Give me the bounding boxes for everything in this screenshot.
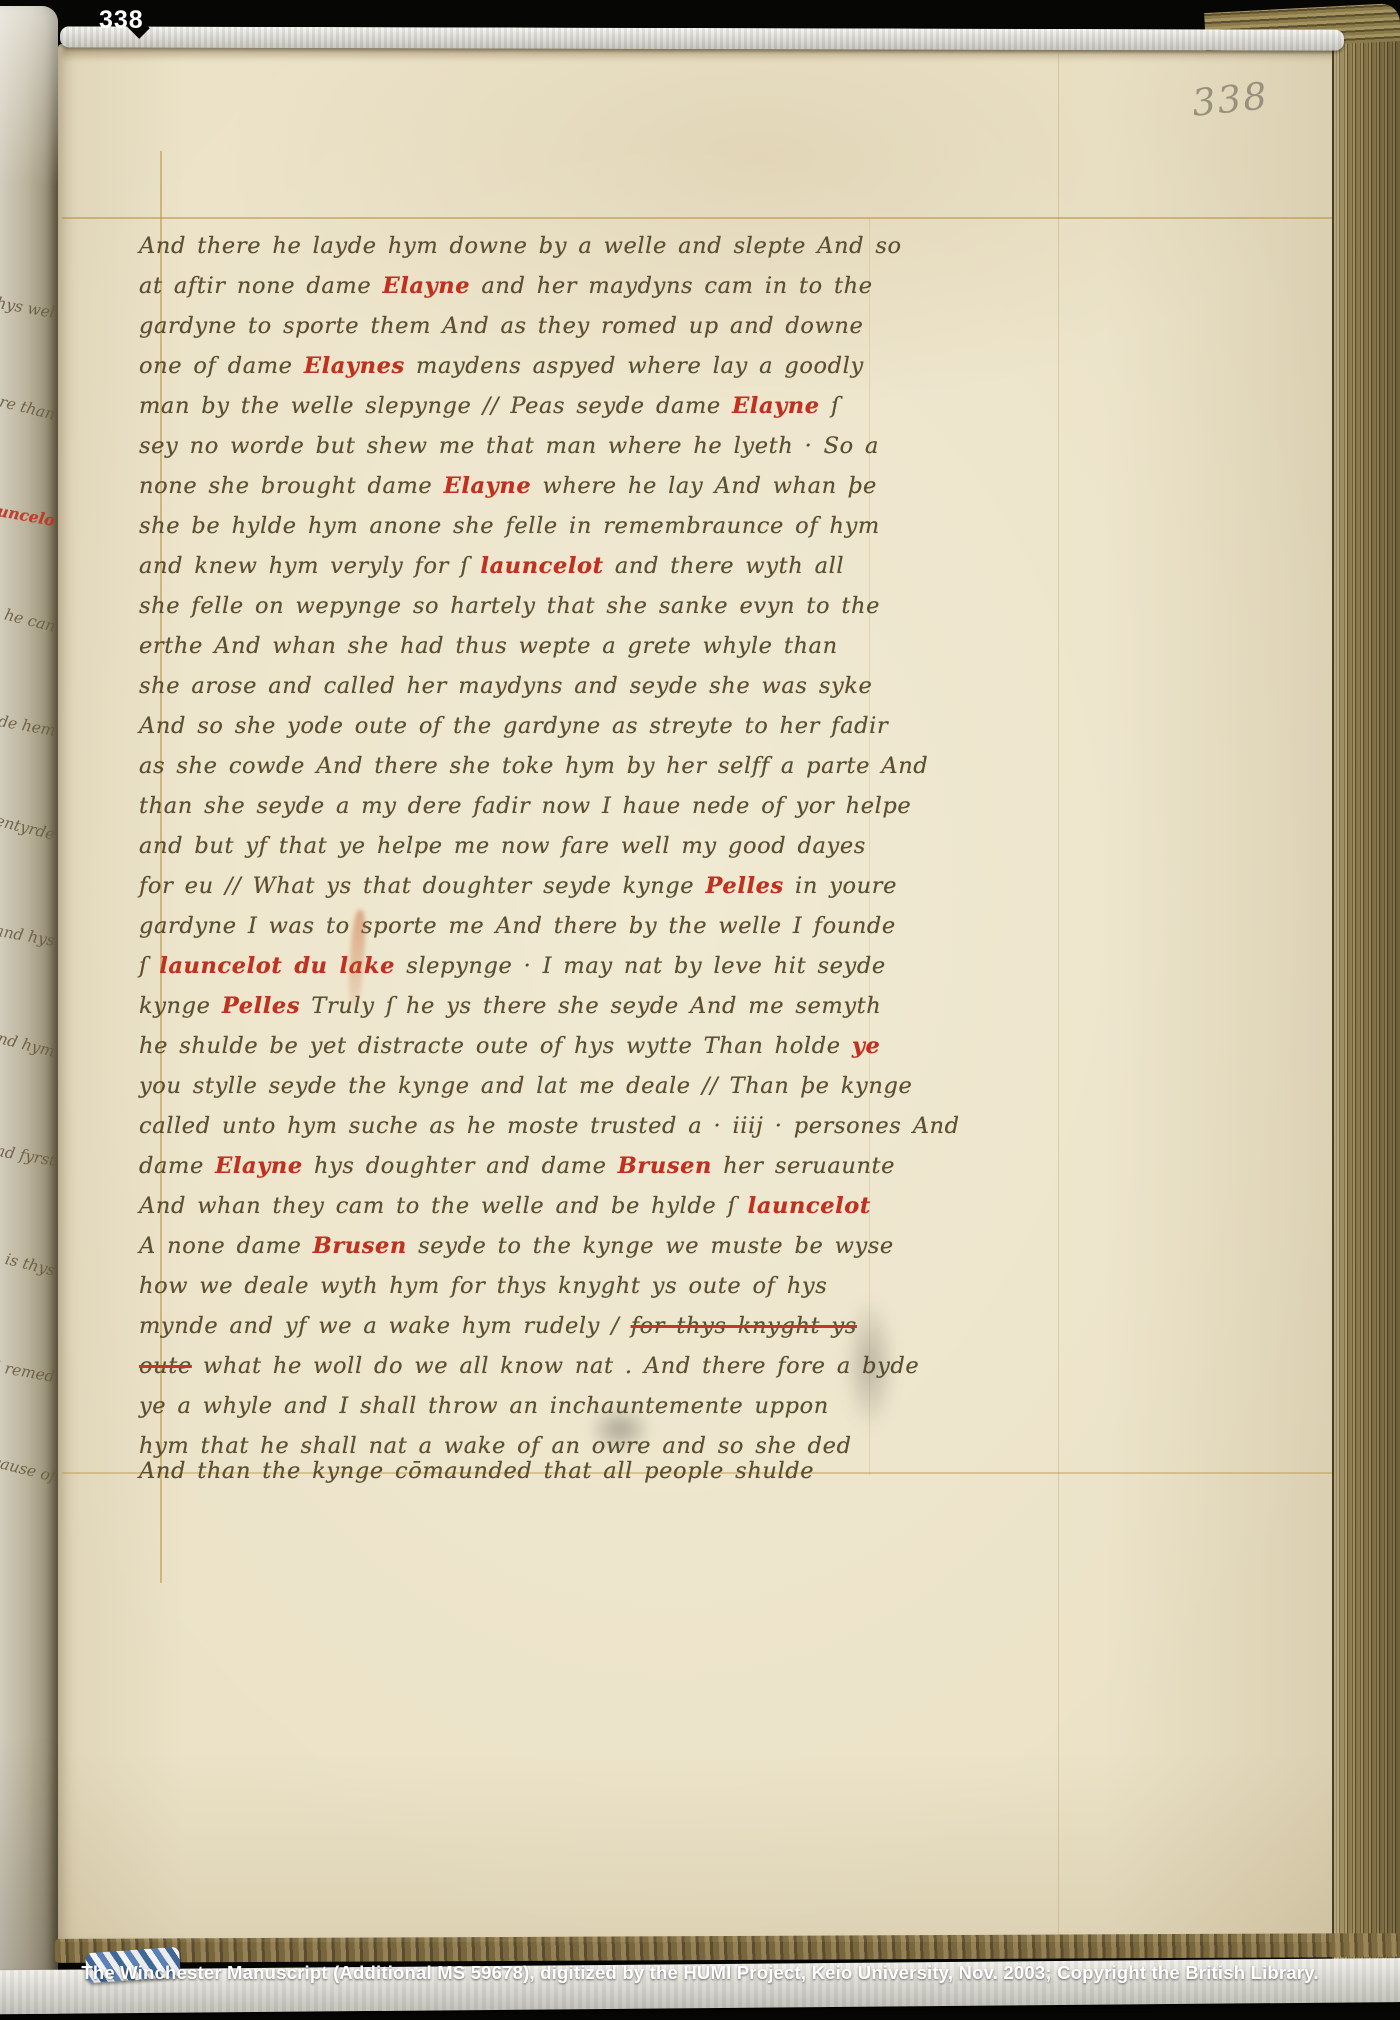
fore-edge-stack: [1332, 22, 1400, 1966]
manuscript-line: for eu // What ys that doughter seyde ky…: [139, 866, 887, 906]
caption-text: The Winchester Manuscript (Additional MS…: [0, 1962, 1400, 1984]
gutter-previous-page: othe of hys welged more thana day ſ laun…: [0, 6, 58, 2014]
manuscript-line: she be hylde hym anone she felle in reme…: [139, 506, 887, 546]
binding-tape-top: [60, 26, 1344, 50]
manuscript-line: one of dame Elaynes maydens aspyed where…: [139, 346, 887, 386]
manuscript-line: and knew hym veryly for ſ launcelot and …: [139, 546, 887, 586]
gutter-text-fragment: the coffer and hys: [0, 908, 57, 950]
gutter-text-fragment: a day ſ launcelo: [0, 488, 57, 530]
gutter-text-fragment: buenne he can: [0, 590, 57, 635]
manuscript-line: called unto hym suche as he moste truste…: [139, 1106, 887, 1146]
gutter-text-fragment: launcelot and hym: [0, 1005, 57, 1061]
manuscript-line: mynde and yf we a wake hym rudely / for …: [139, 1306, 887, 1346]
ink-smudge: [588, 1406, 652, 1452]
manuscript-line: she felle on wepynge so hartely that she…: [139, 586, 887, 626]
manuscript-line: ye a whyle and I shall throw an inchaunt…: [139, 1386, 887, 1426]
manuscript-line: none she brought dame Elayne where he la…: [139, 466, 887, 506]
manuscript-line: And so she yode oute of the gardyne as s…: [139, 706, 887, 746]
ruled-line-top: [62, 217, 1336, 219]
manuscript-line: ſ launcelot du lake slepynge · I may nat…: [139, 946, 887, 986]
manuscript-line: erthe And whan she had thus wepte a gret…: [139, 626, 887, 666]
gutter-text-fragment: othe of hys wel: [0, 284, 57, 322]
manuscript-line: at aftir none dame Elayne and her maydyn…: [139, 266, 887, 306]
gutter-text-fragment: was spede hem: [0, 701, 57, 740]
manuscript-text-block: And there he layde hym downe by a welle …: [139, 226, 887, 1491]
bottom-page-edges: [55, 1933, 1398, 1963]
manuscript-line: oute what he woll do we all know nat . A…: [139, 1346, 887, 1386]
manuscript-line: you stylle seyde the kynge and lat me de…: [139, 1066, 887, 1106]
scanned-book-photo: 338 And there he layde hym downe by a we…: [0, 0, 1400, 2020]
manuscript-line: And there he layde hym downe by a welle …: [139, 226, 887, 266]
manuscript-line: dame Elayne hys doughter and dame Brusen…: [139, 1146, 887, 1186]
gutter-text-fragment: he mad entyrde: [0, 796, 57, 843]
manuscript-line: kynge Pelles Truly ſ he ys there she sey…: [139, 986, 887, 1026]
gutter-text-fragment: they had remed: [0, 1347, 57, 1386]
manuscript-line: how we deale wyth hym for thys knyght ys…: [139, 1266, 887, 1306]
manuscript-line: she arose and called her maydyns and sey…: [139, 666, 887, 706]
manuscript-line: gardyne I was to sporte me And there by …: [139, 906, 887, 946]
gutter-text-fragment: ged more than: [0, 378, 57, 423]
manuscript-line: A none dame Brusen seyde to the kynge we…: [139, 1226, 887, 1266]
pencil-folio-number: 338: [1190, 74, 1271, 125]
manuscript-line: he shulde be yet distracte oute of hys w…: [139, 1026, 887, 1066]
manuscript-line: And than the kynge cōmaunded that all pe…: [139, 1451, 887, 1491]
manuscript-line: And whan they cam to the welle and be hy…: [139, 1186, 887, 1226]
manuscript-line: sey no worde but shew me that man where …: [139, 426, 887, 466]
manuscript-line: than she seyde a my dere fadir now I hau…: [139, 786, 887, 826]
gutter-text-fragment: of them is thys: [0, 1234, 57, 1279]
manuscript-line: and but yf that ye helpe me now fare wel…: [139, 826, 887, 866]
manuscript-line: man by the welle slepynge // Peas seyde …: [139, 386, 887, 426]
page-crease: [1058, 54, 1059, 1936]
gutter-text-fragment: all the cause of: [0, 1439, 57, 1485]
manuscript-line: gardyne to sporte them And as they romed…: [139, 306, 887, 346]
margin-smudge: [845, 1298, 895, 1430]
manuscript-line: as she cowde And there she toke hym by h…: [139, 746, 887, 786]
page-number-label: 338: [99, 6, 144, 35]
gutter-text-fragment: me many fad fyrst: [0, 1127, 57, 1169]
